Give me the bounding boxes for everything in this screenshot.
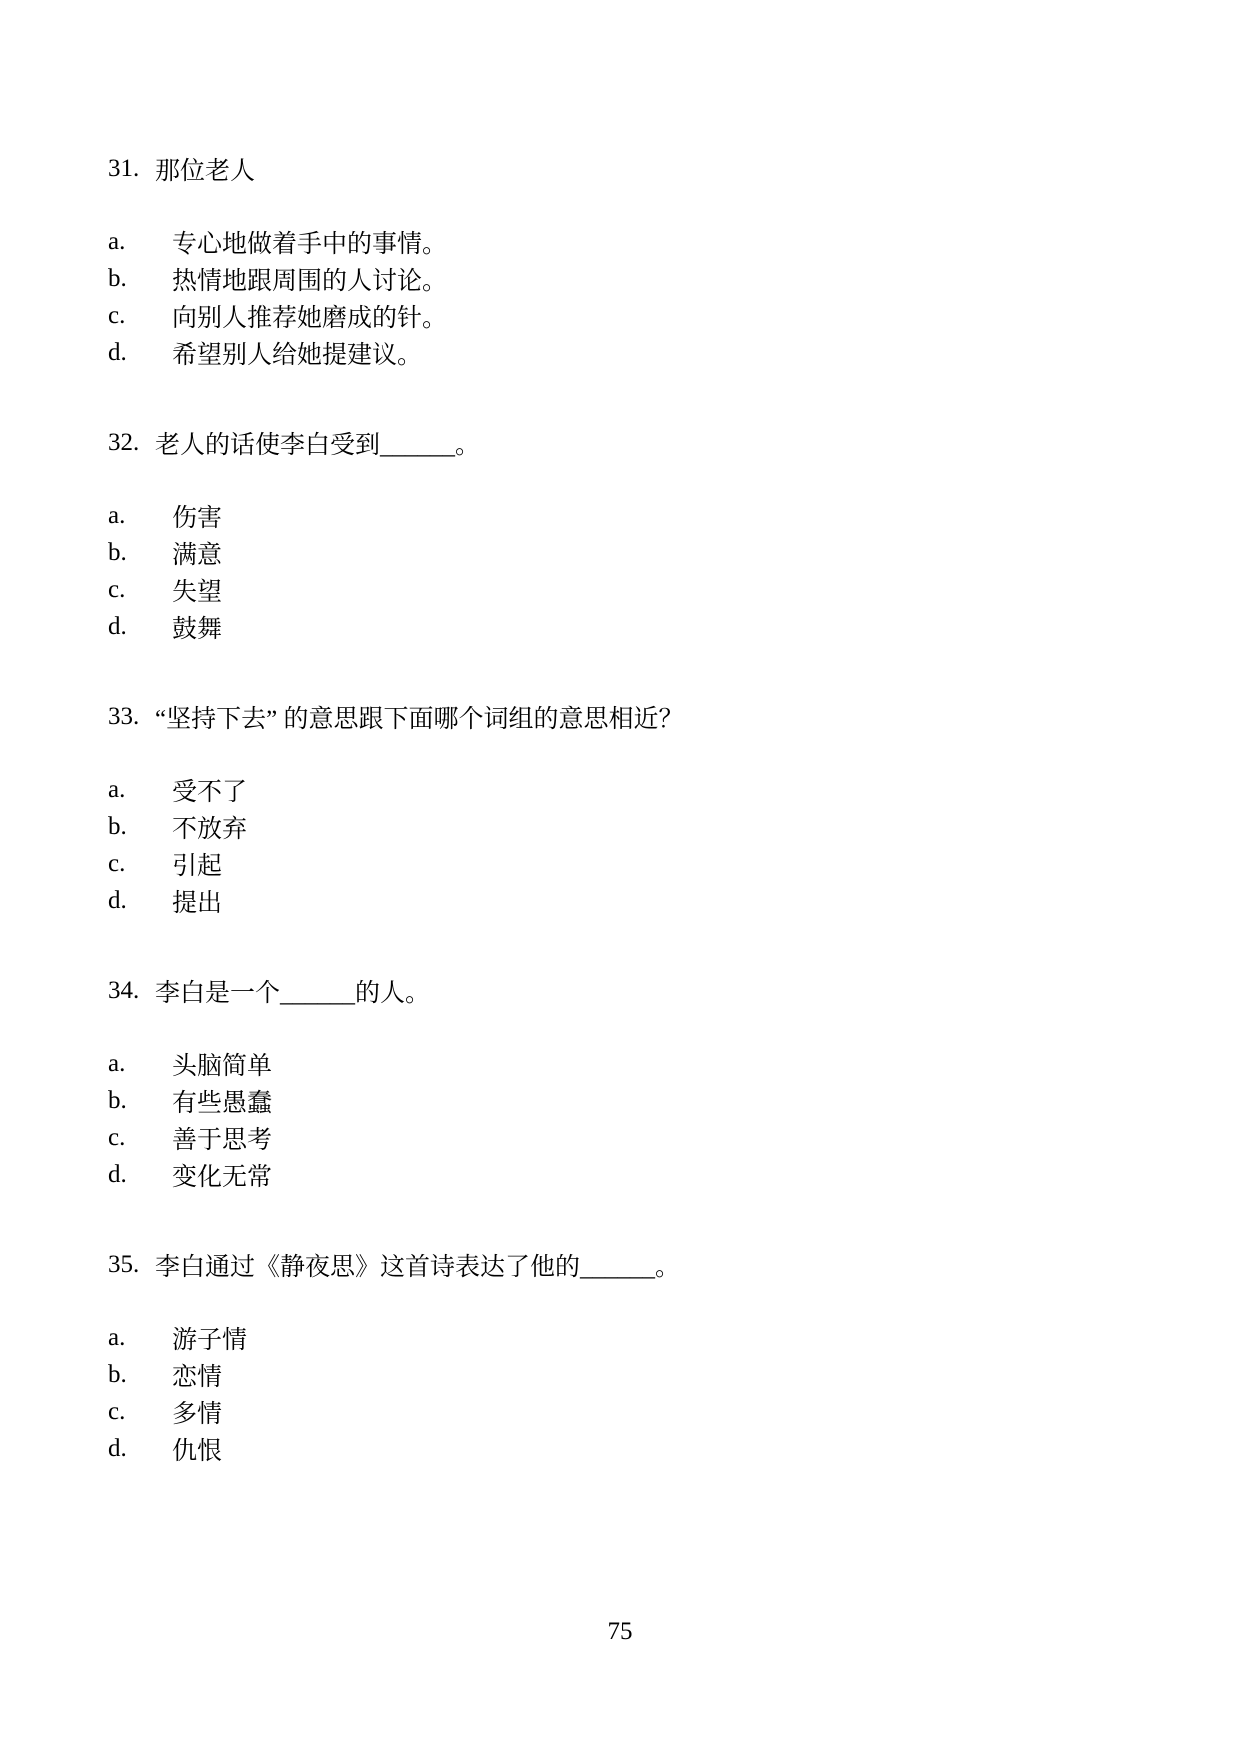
option-text: 满意 bbox=[172, 535, 222, 571]
question-line: 33.“坚持下去” 的意思跟下面哪个词组的意思相近？ bbox=[108, 698, 1180, 735]
option-text: 多情 bbox=[172, 1394, 222, 1430]
question-line: 34.李白是一个______的人。 bbox=[108, 972, 1180, 1009]
options-list: a.游子情 b.恋情 c.多情 d.仇恨 bbox=[108, 1319, 1180, 1467]
question-block: 35.李白通过《静夜思》这首诗表达了他的______。 a.游子情 b.恋情 c… bbox=[108, 1246, 1180, 1467]
option-row: c.多情 bbox=[108, 1393, 1180, 1430]
question-number: 35. bbox=[108, 1251, 155, 1279]
question-text: 李白通过《静夜思》这首诗表达了他的______。 bbox=[155, 1247, 680, 1283]
question-spacer bbox=[108, 1009, 1180, 1045]
option-text: 恋情 bbox=[172, 1357, 222, 1393]
option-letter: c. bbox=[108, 302, 172, 330]
option-row: b.满意 bbox=[108, 534, 1180, 571]
option-row: c.善于思考 bbox=[108, 1119, 1180, 1156]
option-letter: c. bbox=[108, 576, 172, 604]
option-text: 仇恨 bbox=[172, 1431, 222, 1467]
options-list: a.专心地做着手中的事情。 b.热情地跟周围的人讨论。 c.向别人推荐她磨成的针… bbox=[108, 223, 1180, 371]
option-row: a.受不了 bbox=[108, 771, 1180, 808]
question-number: 31. bbox=[108, 155, 155, 183]
option-letter: a. bbox=[108, 228, 172, 256]
option-text: 有些愚蠢 bbox=[172, 1083, 272, 1119]
option-row: a.伤害 bbox=[108, 497, 1180, 534]
option-row: d.希望别人给她提建议。 bbox=[108, 334, 1180, 371]
option-letter: d. bbox=[108, 613, 172, 641]
options-list: a.受不了 b.不放弃 c.引起 d.提出 bbox=[108, 771, 1180, 919]
question-line: 31.那位老人 bbox=[108, 150, 1180, 187]
document-page: 31.那位老人 a.专心地做着手中的事情。 b.热情地跟周围的人讨论。 c.向别… bbox=[0, 0, 1240, 1754]
option-row: b.热情地跟周围的人讨论。 bbox=[108, 260, 1180, 297]
option-text: 游子情 bbox=[172, 1320, 247, 1356]
option-letter: a. bbox=[108, 1050, 172, 1078]
option-text: 善于思考 bbox=[172, 1120, 272, 1156]
option-letter: d. bbox=[108, 887, 172, 915]
option-row: a.头脑简单 bbox=[108, 1045, 1180, 1082]
option-letter: d. bbox=[108, 339, 172, 367]
question-text: 老人的话使李白受到______。 bbox=[155, 425, 480, 461]
option-row: b.恋情 bbox=[108, 1356, 1180, 1393]
option-text: 向别人推荐她磨成的针。 bbox=[172, 298, 447, 334]
option-letter: d. bbox=[108, 1435, 172, 1463]
question-block: 33.“坚持下去” 的意思跟下面哪个词组的意思相近？ a.受不了 b.不放弃 c… bbox=[108, 698, 1180, 919]
option-row: c.向别人推荐她磨成的针。 bbox=[108, 297, 1180, 334]
option-letter: c. bbox=[108, 850, 172, 878]
option-letter: d. bbox=[108, 1161, 172, 1189]
option-letter: a. bbox=[108, 502, 172, 530]
question-line: 32.老人的话使李白受到______。 bbox=[108, 424, 1180, 461]
option-text: 鼓舞 bbox=[172, 609, 222, 645]
option-row: a.专心地做着手中的事情。 bbox=[108, 223, 1180, 260]
questions-section: 31.那位老人 a.专心地做着手中的事情。 b.热情地跟周围的人讨论。 c.向别… bbox=[108, 150, 1180, 1520]
options-list: a.头脑简单 b.有些愚蠢 c.善于思考 d.变化无常 bbox=[108, 1045, 1180, 1193]
option-row: b.有些愚蠢 bbox=[108, 1082, 1180, 1119]
option-text: 伤害 bbox=[172, 498, 222, 534]
question-text: 李白是一个______的人。 bbox=[155, 973, 430, 1009]
option-text: 变化无常 bbox=[172, 1157, 272, 1193]
question-text: “坚持下去” 的意思跟下面哪个词组的意思相近？ bbox=[155, 699, 683, 735]
question-text: 那位老人 bbox=[155, 151, 255, 187]
option-text: 失望 bbox=[172, 572, 222, 608]
option-letter: b. bbox=[108, 1361, 172, 1389]
option-text: 引起 bbox=[172, 846, 222, 882]
option-letter: a. bbox=[108, 776, 172, 804]
option-text: 受不了 bbox=[172, 772, 247, 808]
question-spacer bbox=[108, 1283, 1180, 1319]
question-number: 32. bbox=[108, 429, 155, 457]
option-letter: a. bbox=[108, 1324, 172, 1352]
question-number: 33. bbox=[108, 703, 155, 731]
option-letter: b. bbox=[108, 1087, 172, 1115]
option-row: d.提出 bbox=[108, 882, 1180, 919]
option-row: d.变化无常 bbox=[108, 1156, 1180, 1193]
option-text: 热情地跟周围的人讨论。 bbox=[172, 261, 447, 297]
question-spacer bbox=[108, 187, 1180, 223]
option-row: c.失望 bbox=[108, 571, 1180, 608]
option-row: b.不放弃 bbox=[108, 808, 1180, 845]
question-spacer bbox=[108, 735, 1180, 771]
option-text: 头脑简单 bbox=[172, 1046, 272, 1082]
option-text: 提出 bbox=[172, 883, 222, 919]
page-number: 75 bbox=[0, 1618, 1240, 1646]
option-letter: b. bbox=[108, 539, 172, 567]
question-line: 35.李白通过《静夜思》这首诗表达了他的______。 bbox=[108, 1246, 1180, 1283]
option-row: a.游子情 bbox=[108, 1319, 1180, 1356]
options-list: a.伤害 b.满意 c.失望 d.鼓舞 bbox=[108, 497, 1180, 645]
option-letter: b. bbox=[108, 265, 172, 293]
option-row: d.鼓舞 bbox=[108, 608, 1180, 645]
option-row: c.引起 bbox=[108, 845, 1180, 882]
question-block: 34.李白是一个______的人。 a.头脑简单 b.有些愚蠢 c.善于思考 d… bbox=[108, 972, 1180, 1193]
option-text: 不放弃 bbox=[172, 809, 247, 845]
question-spacer bbox=[108, 461, 1180, 497]
option-letter: b. bbox=[108, 813, 172, 841]
question-number: 34. bbox=[108, 977, 155, 1005]
question-block: 32.老人的话使李白受到______。 a.伤害 b.满意 c.失望 d.鼓舞 bbox=[108, 424, 1180, 645]
option-text: 专心地做着手中的事情。 bbox=[172, 224, 447, 260]
option-letter: c. bbox=[108, 1124, 172, 1152]
option-letter: c. bbox=[108, 1398, 172, 1426]
question-block: 31.那位老人 a.专心地做着手中的事情。 b.热情地跟周围的人讨论。 c.向别… bbox=[108, 150, 1180, 371]
option-row: d.仇恨 bbox=[108, 1430, 1180, 1467]
option-text: 希望别人给她提建议。 bbox=[172, 335, 422, 371]
